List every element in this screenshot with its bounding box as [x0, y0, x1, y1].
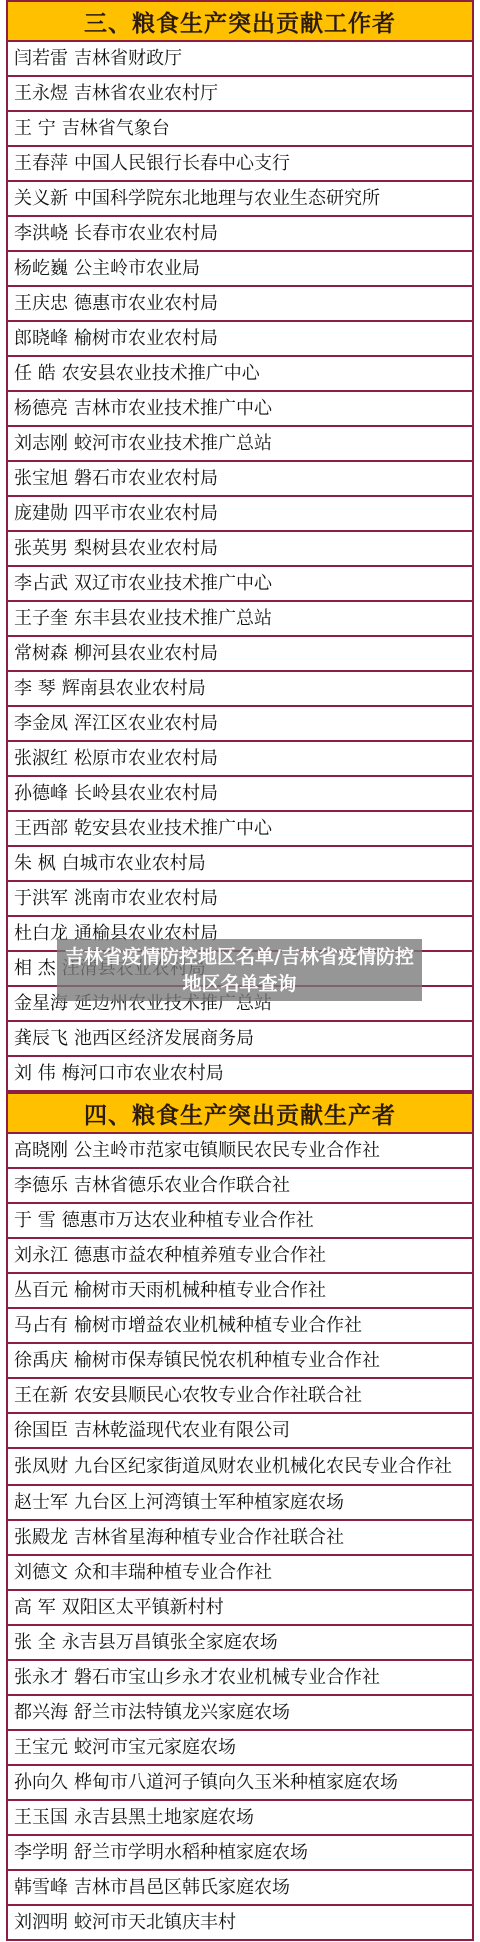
organization: 吉林省星海种植专业合作社联合社	[74, 1527, 344, 1548]
list-item: 李 琴辉南县农业农村局	[8, 672, 472, 707]
organization: 众和丰瑞种植专业合作社	[74, 1562, 272, 1583]
section-title: 三、粮食生产突出贡献工作者	[8, 0, 472, 42]
list-item: 李学明舒兰市学明水稻种植家庭农场	[8, 1836, 472, 1871]
list-item: 张淑红松原市农业农村局	[8, 742, 472, 777]
list-item: 于洪军洮南市农业农村局	[8, 882, 472, 917]
organization: 双阳区太平镇新村村	[62, 1597, 224, 1618]
person-name: 于洪军	[14, 888, 68, 909]
person-name: 李洪峣	[14, 223, 68, 244]
organization: 九台区上河湾镇士军种植家庭农场	[74, 1492, 344, 1513]
person-name: 王宝元	[14, 1737, 68, 1758]
person-name: 任 皓	[14, 363, 56, 384]
person-name: 李德乐	[14, 1175, 68, 1196]
organization: 浑江区农业农村局	[74, 713, 218, 734]
person-name: 王永煜	[14, 83, 68, 104]
list-item: 王春萍中国人民银行长春中心支行	[8, 147, 472, 182]
organization: 德惠市农业农村局	[74, 293, 218, 314]
list-item: 李占武双辽市农业技术推广中心	[8, 567, 472, 602]
person-name: 高晓刚	[14, 1140, 68, 1161]
list-item: 刘德文众和丰瑞种植专业合作社	[8, 1556, 472, 1591]
person-name: 庞建勋	[14, 503, 68, 524]
organization: 中国科学院东北地理与农业生态研究所	[74, 188, 380, 209]
person-name: 张凤财	[14, 1456, 68, 1477]
organization: 四平市农业农村局	[74, 503, 218, 524]
list-item: 张永才磐石市宝山乡永才农业机械专业合作社	[8, 1661, 472, 1696]
list-item: 王西部乾安县农业技术推广中心	[8, 812, 472, 847]
person-name: 徐国臣	[14, 1420, 68, 1441]
organization: 吉林市农业技术推广中心	[74, 398, 272, 419]
list-item: 徐禹庆榆树市保寿镇民悦农机种植专业合作社	[8, 1344, 472, 1379]
organization: 东丰县农业技术推广总站	[74, 608, 272, 629]
list-item: 张英男梨树县农业农村局	[8, 532, 472, 567]
person-name: 张淑红	[14, 748, 68, 769]
person-name: 张 全	[14, 1632, 56, 1653]
list-item: 龚辰飞池西区经济发展商务局	[8, 1022, 472, 1057]
list-item: 孙向久桦甸市八道河子镇向久玉米种植家庭农场	[8, 1766, 472, 1801]
organization: 辉南县农业农村局	[62, 678, 206, 699]
organization: 德惠市万达农业种植专业合作社	[62, 1210, 314, 1231]
person-name: 韩雪峰	[14, 1877, 68, 1898]
person-name: 王春萍	[14, 153, 68, 174]
person-name: 孙德峰	[14, 783, 68, 804]
organization: 吉林市昌邑区韩氏家庭农场	[74, 1877, 290, 1898]
person-name: 杨屹巍	[14, 258, 68, 279]
list-item: 刘泗明蛟河市天北镇庆丰村	[8, 1906, 472, 1941]
person-name: 丛百元	[14, 1280, 68, 1301]
organization: 农安县顺民心农牧专业合作社联合社	[74, 1385, 362, 1406]
list-item: 王 宁吉林省气象台	[8, 112, 472, 147]
section-workers: 三、粮食生产突出贡献工作者 闫若雷吉林省财政厅王永煜吉林省农业农村厅王 宁吉林省…	[8, 0, 472, 1092]
organization: 九台区纪家街道凤财农业机械化农民专业合作社	[74, 1456, 452, 1477]
person-name: 张宝旭	[14, 468, 68, 489]
person-name: 王玉国	[14, 1807, 68, 1828]
caption-overlay: 吉林省疫情防控地区名单/吉林省疫情防控地区名单查询	[57, 939, 422, 1001]
organization: 柳河县农业农村局	[74, 643, 218, 664]
person-name: 刘泗明	[14, 1912, 68, 1933]
list-item: 王庆忠德惠市农业农村局	[8, 287, 472, 322]
list-item: 郎晓峰榆树市农业农村局	[8, 322, 472, 357]
person-name: 王西部	[14, 818, 68, 839]
organization: 榆树市增益农业机械种植专业合作社	[74, 1315, 362, 1336]
section-rows: 闫若雷吉林省财政厅王永煜吉林省农业农村厅王 宁吉林省气象台王春萍中国人民银行长春…	[8, 42, 472, 1092]
list-item: 张 全永吉县万昌镇张全家庭农场	[8, 1626, 472, 1661]
list-item: 刘永江德惠市益农种植养殖专业合作社	[8, 1239, 472, 1274]
organization: 长春市农业农村局	[74, 223, 218, 244]
list-item: 朱 枫白城市农业农村局	[8, 847, 472, 882]
person-name: 杨德亮	[14, 398, 68, 419]
list-item: 于 雪德惠市万达农业种植专业合作社	[8, 1204, 472, 1239]
person-name: 刘志刚	[14, 433, 68, 454]
organization: 磐石市农业农村局	[74, 468, 218, 489]
organization: 白城市农业农村局	[62, 853, 206, 874]
list-item: 王宝元蛟河市宝元家庭农场	[8, 1731, 472, 1766]
person-name: 王 宁	[14, 118, 56, 139]
organization: 吉林省财政厅	[74, 48, 182, 69]
list-item: 徐国臣吉林乾溢现代农业有限公司	[8, 1414, 472, 1449]
person-name: 孙向久	[14, 1772, 68, 1793]
list-item: 韩雪峰吉林市昌邑区韩氏家庭农场	[8, 1871, 472, 1906]
person-name: 张殿龙	[14, 1527, 68, 1548]
organization: 公主岭市农业局	[74, 258, 200, 279]
person-name: 刘 伟	[14, 1063, 56, 1084]
organization: 中国人民银行长春中心支行	[74, 153, 290, 174]
person-name: 都兴海	[14, 1702, 68, 1723]
person-name: 王庆忠	[14, 293, 68, 314]
organization: 蛟河市天北镇庆丰村	[74, 1912, 236, 1933]
list-item: 关义新中国科学院东北地理与农业生态研究所	[8, 182, 472, 217]
person-name: 刘德文	[14, 1562, 68, 1583]
organization: 永吉县万昌镇张全家庭农场	[62, 1632, 278, 1653]
person-name: 郎晓峰	[14, 328, 68, 349]
organization: 长岭县农业农村局	[74, 783, 218, 804]
organization: 桦甸市八道河子镇向久玉米种植家庭农场	[74, 1772, 398, 1793]
organization: 蛟河市农业技术推广总站	[74, 433, 272, 454]
section-rows: 高晓刚公主岭市范家屯镇顺民农民专业合作社李德乐吉林省德乐农业合作联合社于 雪德惠…	[8, 1134, 472, 1941]
person-name: 李学明	[14, 1842, 68, 1863]
person-name: 相 杰	[14, 958, 56, 979]
organization: 吉林省德乐农业合作联合社	[74, 1175, 290, 1196]
organization: 榆树市农业农村局	[74, 328, 218, 349]
section-title: 四、粮食生产突出贡献生产者	[8, 1092, 472, 1134]
list-item: 孙德峰长岭县农业农村局	[8, 777, 472, 812]
organization: 梨树县农业农村局	[74, 538, 218, 559]
list-item: 都兴海舒兰市法特镇龙兴家庭农场	[8, 1696, 472, 1731]
person-name: 马占有	[14, 1315, 68, 1336]
list-item: 杨屹巍公主岭市农业局	[8, 252, 472, 287]
list-item: 刘 伟梅河口市农业农村局	[8, 1057, 472, 1092]
list-item: 赵士军九台区上河湾镇士军种植家庭农场	[8, 1486, 472, 1521]
person-name: 刘永江	[14, 1245, 68, 1266]
organization: 池西区经济发展商务局	[74, 1028, 254, 1049]
person-name: 王在新	[14, 1385, 68, 1406]
list-item: 张殿龙吉林省星海种植专业合作社联合社	[8, 1521, 472, 1556]
organization: 永吉县黑土地家庭农场	[74, 1807, 254, 1828]
person-name: 王子奎	[14, 608, 68, 629]
list-item: 丛百元榆树市天雨机械种植专业合作社	[8, 1274, 472, 1309]
list-item: 王玉国永吉县黑土地家庭农场	[8, 1801, 472, 1836]
organization: 双辽市农业技术推广中心	[74, 573, 272, 594]
list-item: 任 皓农安县农业技术推广中心	[8, 357, 472, 392]
organization: 梅河口市农业农村局	[62, 1063, 224, 1084]
person-name: 龚辰飞	[14, 1028, 68, 1049]
organization: 舒兰市法特镇龙兴家庭农场	[74, 1702, 290, 1723]
organization: 吉林省农业农村厅	[74, 83, 218, 104]
list-item: 王永煜吉林省农业农村厅	[8, 77, 472, 112]
organization: 公主岭市范家屯镇顺民农民专业合作社	[74, 1140, 380, 1161]
organization: 德惠市益农种植养殖专业合作社	[74, 1245, 326, 1266]
list-item: 闫若雷吉林省财政厅	[8, 42, 472, 77]
list-item: 常树森柳河县农业农村局	[8, 637, 472, 672]
person-name: 朱 枫	[14, 853, 56, 874]
organization: 磐石市宝山乡永才农业机械专业合作社	[74, 1667, 380, 1688]
organization: 乾安县农业技术推广中心	[74, 818, 272, 839]
organization: 蛟河市宝元家庭农场	[74, 1737, 236, 1758]
list-item: 王在新农安县顺民心农牧专业合作社联合社	[8, 1379, 472, 1414]
person-name: 张永才	[14, 1667, 68, 1688]
list-item: 李洪峣长春市农业农村局	[8, 217, 472, 252]
person-name: 关义新	[14, 188, 68, 209]
person-name: 闫若雷	[14, 48, 68, 69]
person-name: 赵士军	[14, 1492, 68, 1513]
organization: 舒兰市学明水稻种植家庭农场	[74, 1842, 308, 1863]
organization: 榆树市保寿镇民悦农机种植专业合作社	[74, 1350, 380, 1371]
person-name: 李 琴	[14, 678, 56, 699]
organization: 榆树市天雨机械种植专业合作社	[74, 1280, 326, 1301]
list-item: 马占有榆树市增益农业机械种植专业合作社	[8, 1309, 472, 1344]
person-name: 张英男	[14, 538, 68, 559]
list-item: 高晓刚公主岭市范家屯镇顺民农民专业合作社	[8, 1134, 472, 1169]
list-item: 张宝旭磐石市农业农村局	[8, 462, 472, 497]
organization: 松原市农业农村局	[74, 748, 218, 769]
list-item: 李金凤浑江区农业农村局	[8, 707, 472, 742]
list-item: 李德乐吉林省德乐农业合作联合社	[8, 1169, 472, 1204]
list-item: 刘志刚蛟河市农业技术推广总站	[8, 427, 472, 462]
list-item: 杨德亮吉林市农业技术推广中心	[8, 392, 472, 427]
person-name: 李金凤	[14, 713, 68, 734]
list-item: 庞建勋四平市农业农村局	[8, 497, 472, 532]
section-producers: 四、粮食生产突出贡献生产者 高晓刚公主岭市范家屯镇顺民农民专业合作社李德乐吉林省…	[8, 1092, 472, 1941]
list-item: 高 军双阳区太平镇新村村	[8, 1591, 472, 1626]
list-item: 张凤财九台区纪家街道凤财农业机械化农民专业合作社	[8, 1449, 472, 1486]
organization: 吉林省气象台	[62, 118, 170, 139]
organization: 洮南市农业农村局	[74, 888, 218, 909]
person-name: 常树森	[14, 643, 68, 664]
person-name: 徐禹庆	[14, 1350, 68, 1371]
list-item: 王子奎东丰县农业技术推广总站	[8, 602, 472, 637]
person-name: 高 军	[14, 1597, 56, 1618]
organization: 吉林乾溢现代农业有限公司	[74, 1420, 290, 1441]
person-name: 于 雪	[14, 1210, 56, 1231]
person-name: 李占武	[14, 573, 68, 594]
organization: 农安县农业技术推广中心	[62, 363, 260, 384]
